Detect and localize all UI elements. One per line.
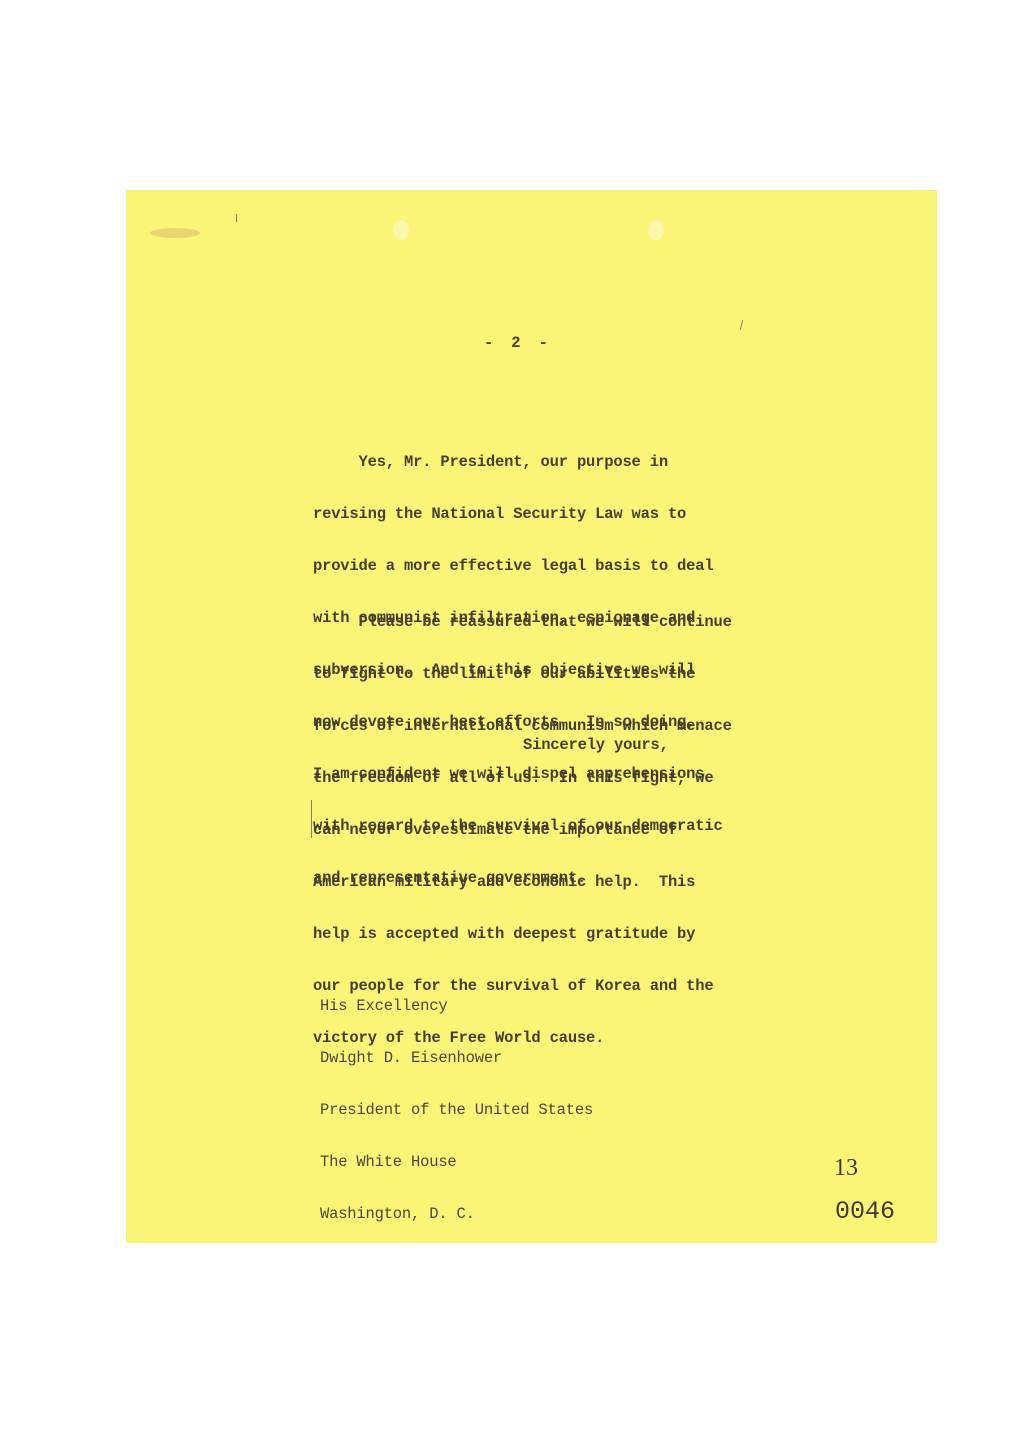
address-line: Washington, D. C. (320, 1206, 593, 1222)
closing: Sincerely yours, (523, 736, 669, 754)
recipient-address: His Excellency Dwight D. Eisenhower Pres… (320, 962, 593, 1240)
text-line: provide a more effective legal basis to … (313, 558, 723, 574)
pencil-mark (236, 214, 237, 222)
text-line: revising the National Security Law was t… (313, 506, 723, 522)
text-line: help is accepted with deepest gratitude … (313, 926, 732, 942)
address-line: President of the United States (320, 1102, 593, 1118)
stamp-number-bottom: 0046 (835, 1197, 895, 1226)
address-line: The White House (320, 1154, 593, 1170)
text-line: to fight to the limit of our abilities t… (313, 666, 732, 682)
punch-hole (648, 220, 664, 240)
address-line: Dwight D. Eisenhower (320, 1050, 593, 1066)
paper-stain (150, 228, 200, 238)
text-line: Please be reassured that we will continu… (313, 614, 732, 630)
text-line: can never overestimate the importance of (313, 822, 732, 838)
stamp-number-top: 13 (834, 1155, 858, 1182)
text-line: American military and economic help. Thi… (313, 874, 732, 890)
text-line: forces of international communism which … (313, 718, 732, 734)
punch-hole (393, 220, 409, 240)
text-line: Yes, Mr. President, our purpose in (313, 454, 723, 470)
text-line: the freedom of all of us. In this fight,… (313, 770, 732, 786)
margin-line (311, 800, 312, 838)
address-line: His Excellency (320, 998, 593, 1014)
page-number: - 2 - (484, 334, 548, 352)
